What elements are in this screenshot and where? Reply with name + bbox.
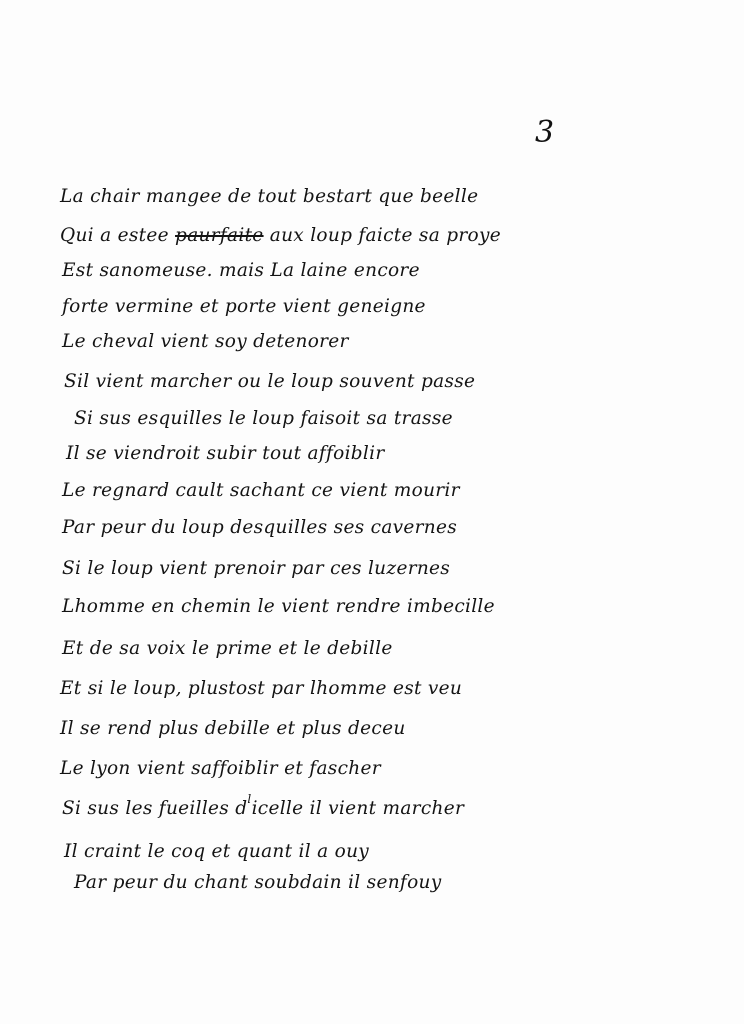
verse-line-17-start: Si sus les fueilles d: [62, 798, 247, 819]
verse-line-16: Le lyon vient saffoiblir et fascher: [60, 760, 381, 779]
verse-line-17-end: icelle il vient marcher: [252, 798, 465, 819]
verse-line-15: Il se rend plus debille et plus deceu: [60, 720, 406, 739]
verse-line-11: Si le loup vient prenoir par ces luzerne…: [62, 560, 450, 579]
verse-line-2: Qui a estee paurfaite aux loup faicte sa…: [60, 227, 501, 246]
verse-line-2-start: Qui a estee: [60, 225, 175, 246]
verse-line-1: La chair mangee de tout bestart que beel…: [60, 188, 478, 207]
verse-line-6: Sil vient marcher ou le loup souvent pas…: [64, 373, 475, 392]
verse-line-4: forte vermine et porte vient geneigne: [62, 298, 426, 317]
verse-line-19: Par peur du chant soubdain il senfouy: [74, 874, 441, 893]
verse-line-17: Si sus les fueilles dlicelle il vient ma…: [62, 800, 464, 819]
verse-line-3: Est sanomeuse. mais La laine encore: [62, 262, 420, 281]
verse-line-13: Et de sa voix le prime et le debille: [62, 640, 393, 659]
page-number: 3: [535, 118, 554, 148]
verse-line-7: Si sus esquilles le loup faisoit sa tras…: [74, 410, 453, 429]
verse-line-8: Il se viendroit subir tout affoiblir: [66, 445, 385, 464]
verse-line-5: Le cheval vient soy detenorer: [62, 333, 349, 352]
verse-line-9: Le regnard cault sachant ce vient mourir: [62, 482, 460, 501]
verse-line-10: Par peur du loup desquilles ses cavernes: [62, 519, 457, 538]
struck-out-word: paurfaite: [175, 225, 264, 246]
verse-line-14: Et si le loup, plustost par lhomme est v…: [60, 680, 462, 699]
verse-line-18: Il craint le coq et quant il a ouy: [64, 843, 369, 862]
manuscript-page: 3 La chair mangee de tout bestart que be…: [0, 0, 744, 1024]
verse-line-2-end: aux loup faicte sa proye: [264, 225, 501, 246]
interlinear-insertion: l: [247, 792, 251, 806]
verse-line-12: Lhomme en chemin le vient rendre imbecil…: [62, 598, 495, 617]
